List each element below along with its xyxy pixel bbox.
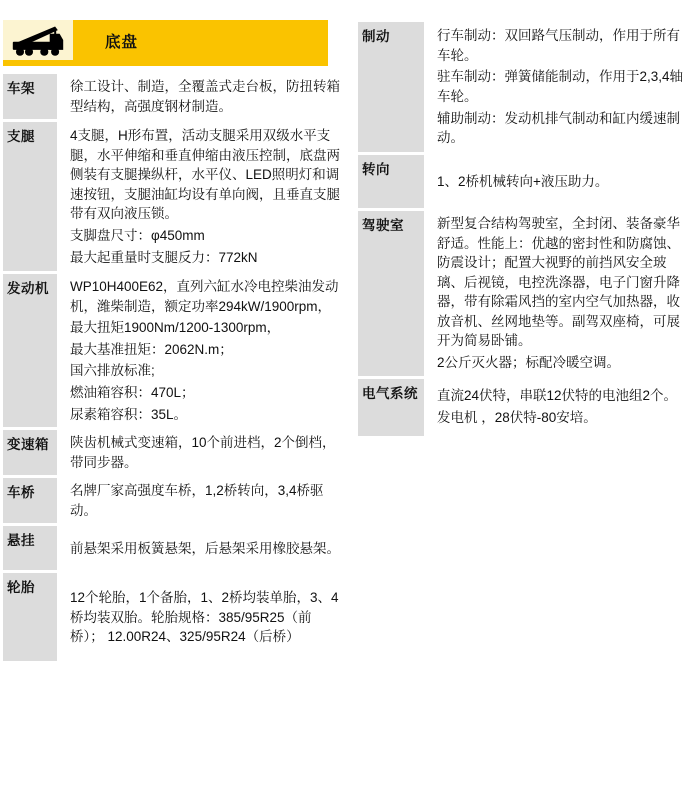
spec-text: 4支腿，H形布置，活动支腿采用双级水平支腿，水平伸缩和垂直伸缩由液压控制，底盘两… <box>70 126 345 224</box>
chassis-spec-table-right: 制动 行车制动：双回路气压制动，作用于所有车轮。驻车制动：弹簧储能制动，作用于2… <box>358 22 684 436</box>
row-content: 名牌厂家高强度车桥，1,2桥转向，3,4桥驱动。 <box>60 478 345 523</box>
spec-text: 前悬架采用板簧悬架，后悬架采用橡胶悬架。 <box>70 539 345 559</box>
spec-text: 名牌厂家高强度车桥，1,2桥转向，3,4桥驱动。 <box>70 481 345 520</box>
row-label: 支腿 <box>3 122 57 271</box>
spec-text: 辅助制动：发动机排气制动和缸内缓速制动。 <box>437 109 684 148</box>
chassis-header: 底盘 <box>3 20 328 66</box>
row-label: 轮胎 <box>3 573 57 661</box>
spec-text: 支脚盘尺寸：φ450mm <box>70 226 345 246</box>
spec-text: 燃油箱容积：470L； <box>70 383 345 403</box>
row-label: 变速箱 <box>3 430 57 475</box>
chassis-spec-column-2: 制动 行车制动：双回路气压制动，作用于所有车轮。驻车制动：弹簧储能制动，作用于2… <box>358 22 684 439</box>
row-label: 制动 <box>358 22 424 152</box>
crane-truck-icon <box>3 20 73 60</box>
spec-text: 国六排放标准; <box>70 361 345 381</box>
row-content: 徐工设计、制造，全覆盖式走台板，防扭转箱型结构，高强度钢材制造。 <box>60 74 345 119</box>
table-row: 电气系统 直流24伏特，串联12伏特的电池组2个。发电机 ，28伏特-80安培。 <box>358 379 684 436</box>
table-row: 轮胎 12个轮胎，1个备胎，1、2桥均装单胎，3、4桥均装双胎。轮胎规格：385… <box>3 573 345 661</box>
row-label: 悬挂 <box>3 526 57 570</box>
table-row: 车架 徐工设计、制造，全覆盖式走台板，防扭转箱型结构，高强度钢材制造。 <box>3 74 345 119</box>
chassis-spec-column: 底盘 车架 徐工设计、制造，全覆盖式走台板，防扭转箱型结构，高强度钢材制造。 支… <box>3 20 345 664</box>
table-row: 车桥 名牌厂家高强度车桥，1,2桥转向，3,4桥驱动。 <box>3 478 345 523</box>
row-content: 4支腿，H形布置，活动支腿采用双级水平支腿，水平伸缩和垂直伸缩由液压控制，底盘两… <box>60 122 345 271</box>
row-content: 直流24伏特，串联12伏特的电池组2个。发电机 ，28伏特-80安培。 <box>427 379 684 436</box>
row-label: 转向 <box>358 155 424 208</box>
spec-text: 最大扭矩1900Nm/1200-1300rpm， <box>70 318 345 338</box>
row-content: 行车制动：双回路气压制动，作用于所有车轮。驻车制动：弹簧储能制动，作用于2,3,… <box>427 22 684 152</box>
table-row: 转向 1、2桥机械转向+液压助力。 <box>358 155 684 208</box>
table-row: 悬挂 前悬架采用板簧悬架，后悬架采用橡胶悬架。 <box>3 526 345 570</box>
spec-text: 发电机 ，28伏特-80安培。 <box>437 408 684 428</box>
spec-text: 驻车制动：弹簧储能制动，作用于2,3,4轴车轮。 <box>437 67 684 106</box>
row-label: 车架 <box>3 74 57 119</box>
page-title: 底盘 <box>105 20 138 66</box>
table-row: 发动机 WP10H400E62，直列六缸水冷电控柴油发动机，潍柴制造，额定功率2… <box>3 274 345 427</box>
spec-text: 最大基准扭矩：2062N.m； <box>70 340 345 360</box>
row-label: 电气系统 <box>358 379 424 436</box>
table-row: 驾驶室 新型复合结构驾驶室，全封闭、装备豪华舒适。性能上：优越的密封性和防腐蚀、… <box>358 211 684 376</box>
spec-text: 陕齿机械式变速箱，10个前进档，2个倒档，带同步器。 <box>70 433 345 472</box>
spec-sheet-page: { "title": { "text": "底盘" }, "colors": {… <box>0 0 698 789</box>
spec-text: 徐工设计、制造，全覆盖式走台板，防扭转箱型结构，高强度钢材制造。 <box>70 77 345 116</box>
row-content: 12个轮胎，1个备胎，1、2桥均装单胎，3、4桥均装双胎。轮胎规格：385/95… <box>60 573 345 661</box>
row-content: 陕齿机械式变速箱，10个前进档，2个倒档，带同步器。 <box>60 430 345 475</box>
spec-text: 直流24伏特，串联12伏特的电池组2个。 <box>437 386 684 406</box>
table-row: 支腿 4支腿，H形布置，活动支腿采用双级水平支腿，水平伸缩和垂直伸缩由液压控制，… <box>3 122 345 271</box>
row-label: 驾驶室 <box>358 211 424 376</box>
spec-text: 新型复合结构驾驶室，全封闭、装备豪华舒适。性能上：优越的密封性和防腐蚀、防震设计… <box>437 214 684 351</box>
spec-text: 1、2桥机械转向+液压助力。 <box>437 172 684 192</box>
table-row: 变速箱 陕齿机械式变速箱，10个前进档，2个倒档，带同步器。 <box>3 430 345 475</box>
row-label: 发动机 <box>3 274 57 427</box>
spec-text: 2公斤灭火器；标配冷暖空调。 <box>437 353 684 373</box>
row-content: 前悬架采用板簧悬架，后悬架采用橡胶悬架。 <box>60 526 345 570</box>
chassis-spec-table: 车架 徐工设计、制造，全覆盖式走台板，防扭转箱型结构，高强度钢材制造。 支腿 4… <box>3 74 345 661</box>
spec-text: 行车制动：双回路气压制动，作用于所有车轮。 <box>437 26 684 65</box>
row-label: 车桥 <box>3 478 57 523</box>
row-content: 新型复合结构驾驶室，全封闭、装备豪华舒适。性能上：优越的密封性和防腐蚀、防震设计… <box>427 211 684 376</box>
spec-text: 尿素箱容积：35L。 <box>70 405 345 425</box>
table-row: 制动 行车制动：双回路气压制动，作用于所有车轮。驻车制动：弹簧储能制动，作用于2… <box>358 22 684 152</box>
row-content: 1、2桥机械转向+液压助力。 <box>427 155 684 208</box>
spec-text: 最大起重量时支腿反力：772kN <box>70 248 345 268</box>
row-content: WP10H400E62，直列六缸水冷电控柴油发动机，潍柴制造，额定功率294kW… <box>60 274 345 427</box>
spec-text: 12个轮胎，1个备胎，1、2桥均装单胎，3、4桥均装双胎。轮胎规格：385/95… <box>70 588 345 647</box>
spec-text: WP10H400E62，直列六缸水冷电控柴油发动机，潍柴制造，额定功率294kW… <box>70 277 345 316</box>
